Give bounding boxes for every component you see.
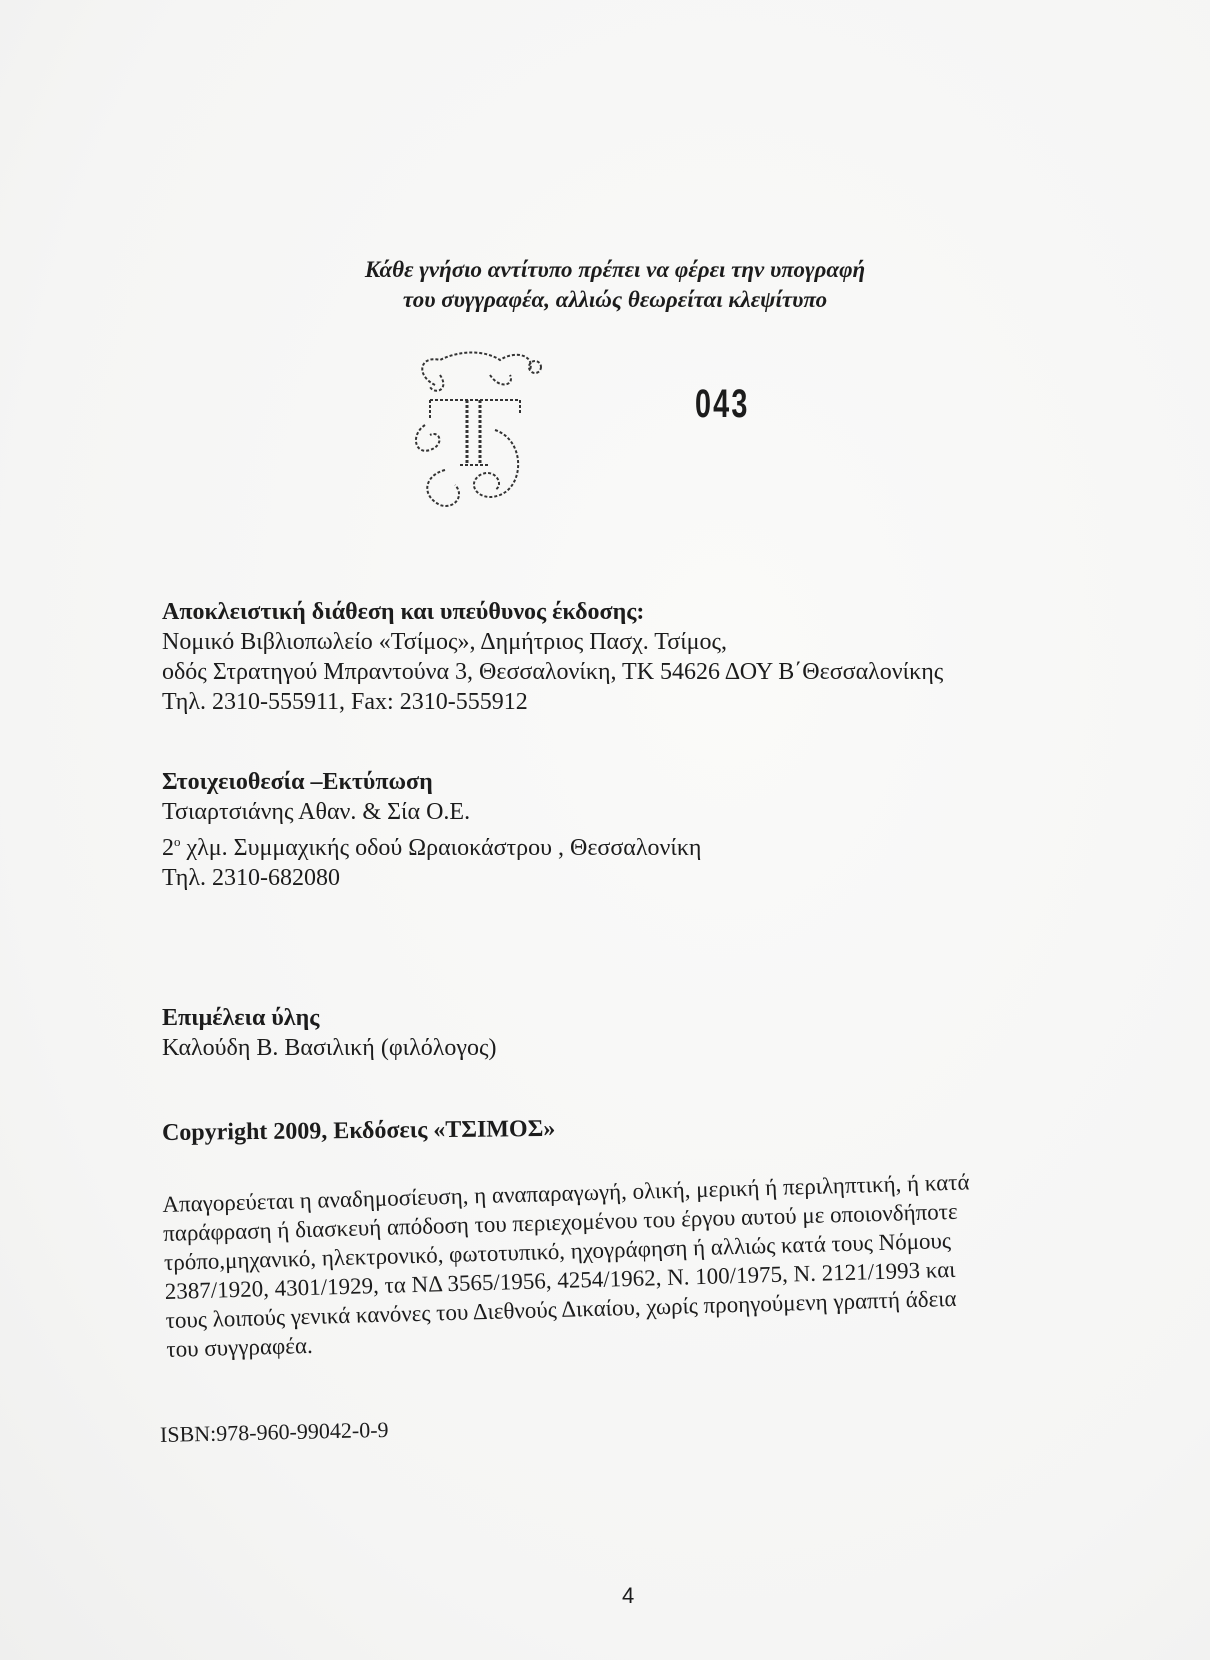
km-number: 2 (162, 835, 174, 861)
address-text: χλμ. Συμμαχικής οδού Ωραιοκάστρου , Θεσσ… (181, 835, 702, 861)
publisher-heading: Αποκλειστική διάθεση και υπεύθυνος έκδοσ… (162, 597, 943, 627)
notice-line: του συγγραφέα, αλλιώς θεωρείται κλεψίτυπ… (300, 285, 930, 315)
publisher-line: οδός Στρατηγού Μπραντούνα 3, Θεσσαλονίκη… (162, 657, 943, 687)
notice-line: Κάθε γνήσιο αντίτυπο πρέπει να φέρει την… (300, 255, 930, 285)
editing-section: Επιμέλεια ύλης Καλούδη Β. Βασιλική (φιλό… (162, 1003, 497, 1063)
code-number: 043 (695, 382, 750, 427)
editing-line: Καλούδη Β. Βασιλική (φιλόλογος) (162, 1033, 497, 1063)
typesetting-section: Στοιχειοθεσία –Εκτύπωση Τσιαρτσιάνης Αθα… (162, 767, 701, 893)
publisher-line: Τηλ. 2310-555911, Fax: 2310-555912 (162, 687, 943, 717)
book-page: Κάθε γνήσιο αντίτυπο πρέπει να φέρει την… (0, 0, 1210, 1660)
ornamental-monogram-icon (405, 345, 550, 515)
typesetting-line: Τσιαρτσιάνης Αθαν. & Σία Ο.Ε. (162, 797, 701, 827)
isbn: ISBN:978-960-99042-0-9 (160, 1417, 389, 1448)
page-number: 4 (622, 1583, 634, 1609)
authenticity-notice: Κάθε γνήσιο αντίτυπο πρέπει να φέρει την… (300, 255, 930, 315)
publisher-section: Αποκλειστική διάθεση και υπεύθυνος έκδοσ… (162, 597, 943, 717)
editing-heading: Επιμέλεια ύλης (162, 1003, 497, 1033)
typesetting-line: Τηλ. 2310-682080 (162, 863, 701, 893)
typesetting-line: 2ο χλμ. Συμμαχικής οδού Ωραιοκάστρου , Θ… (162, 827, 701, 863)
copyright-notice: Copyright 2009, Εκδόσεις «ΤΣΙΜΟΣ» (162, 1114, 556, 1148)
legal-notice: Απαγορεύεται η αναδημοσίευση, η αναπαραγ… (162, 1164, 1086, 1364)
typesetting-heading: Στοιχειοθεσία –Εκτύπωση (162, 767, 701, 797)
publisher-line: Νομικό Βιβλιοπωλείο «Τσίμος», Δημήτριος … (162, 627, 943, 657)
